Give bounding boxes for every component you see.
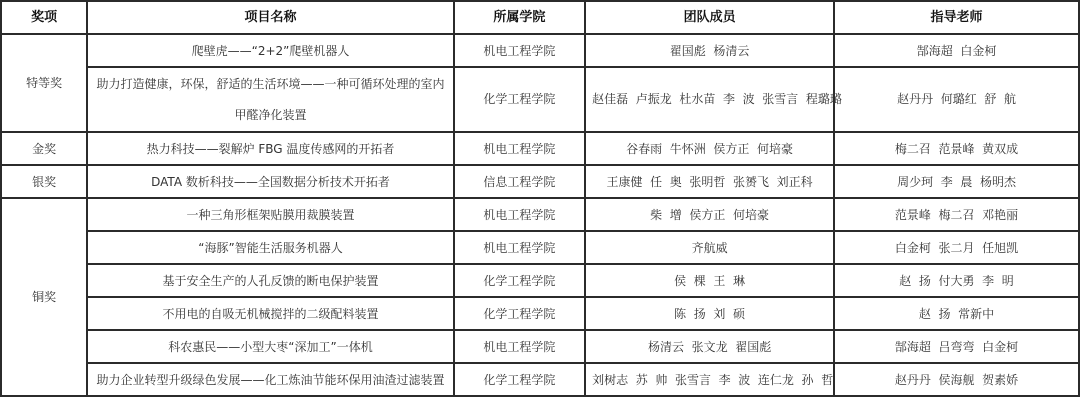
- project-cell: 爬壁虎——“2+2”爬壁机器人: [87, 34, 453, 67]
- advisors-cell: 白金柯 张二月 任旭凯: [834, 231, 1079, 264]
- college-cell: 机电工程学院: [454, 198, 585, 231]
- project-cell: “海豚”智能生活服务机器人: [87, 231, 453, 264]
- awards-table: 奖项 项目名称 所属学院 团队成员 指导老师 特等奖 爬壁虎——“2+2”爬壁机…: [0, 0, 1080, 397]
- table-row: 银奖 DATA 数析科技——全国数据分析技术开拓者 信息工程学院 王康健 任 奥…: [1, 165, 1079, 198]
- college-cell: 机电工程学院: [454, 231, 585, 264]
- advisors-cell: 赵丹丹 侯海舰 贺素娇: [834, 363, 1079, 396]
- project-cell: 助力打造健康，环保，舒适的生活环境——一种可循环处理的室内甲醛净化装置: [87, 67, 453, 132]
- project-cell: 热力科技——裂解炉 FBG 温度传感网的开拓者: [87, 132, 453, 165]
- project-cell: DATA 数析科技——全国数据分析技术开拓者: [87, 165, 453, 198]
- college-cell: 化学工程学院: [454, 67, 585, 132]
- members-cell: 王康健 任 奥 张明哲 张赟飞 刘正科: [585, 165, 834, 198]
- header-college: 所属学院: [454, 1, 585, 34]
- project-cell: 一种三角形框架贴膜用裁膜装置: [87, 198, 453, 231]
- members-cell: 陈 扬 刘 硕: [585, 297, 834, 330]
- college-cell: 信息工程学院: [454, 165, 585, 198]
- members-cell: 翟国彪 杨清云: [585, 34, 834, 67]
- members-cell: 谷春雨 牛怀洲 侯方正 何培豪: [585, 132, 834, 165]
- advisors-cell: 郜海超 吕弯弯 白金柯: [834, 330, 1079, 363]
- table-row: 特等奖 爬壁虎——“2+2”爬壁机器人 机电工程学院 翟国彪 杨清云 郜海超 白…: [1, 34, 1079, 67]
- award-cell: 特等奖: [1, 34, 87, 132]
- project-cell: 基于安全生产的人孔反馈的断电保护装置: [87, 264, 453, 297]
- college-cell: 机电工程学院: [454, 132, 585, 165]
- college-cell: 机电工程学院: [454, 330, 585, 363]
- header-advisors: 指导老师: [834, 1, 1079, 34]
- advisors-cell: 梅二召 范景峰 黄双成: [834, 132, 1079, 165]
- members-cell: 赵佳磊 卢振龙 杜水苗 李 波 张雪言 程璐璐: [585, 67, 834, 132]
- advisors-cell: 范景峰 梅二召 邓艳丽: [834, 198, 1079, 231]
- project-cell: 科农惠民——小型大枣“深加工”一体机: [87, 330, 453, 363]
- college-cell: 机电工程学院: [454, 34, 585, 67]
- project-cell: 助力企业转型升级绿色发展——化工炼油节能环保用油渣过滤装置: [87, 363, 453, 396]
- award-cell: 金奖: [1, 132, 87, 165]
- award-cell: 银奖: [1, 165, 87, 198]
- table-row: 科农惠民——小型大枣“深加工”一体机 机电工程学院 杨清云 张文龙 翟国彪 郜海…: [1, 330, 1079, 363]
- table-header-row: 奖项 项目名称 所属学院 团队成员 指导老师: [1, 1, 1079, 34]
- advisors-cell: 周少珂 李 晨 杨明杰: [834, 165, 1079, 198]
- college-cell: 化学工程学院: [454, 264, 585, 297]
- table-row: 铜奖 一种三角形框架贴膜用裁膜装置 机电工程学院 柴 增 侯方正 何培豪 范景峰…: [1, 198, 1079, 231]
- header-team-members: 团队成员: [585, 1, 834, 34]
- header-award: 奖项: [1, 1, 87, 34]
- table-row: 不用电的自吸无机械搅拌的二级配料装置 化学工程学院 陈 扬 刘 硕 赵 扬 常新…: [1, 297, 1079, 330]
- members-cell: 齐航威: [585, 231, 834, 264]
- header-project-name: 项目名称: [87, 1, 453, 34]
- table-row: “海豚”智能生活服务机器人 机电工程学院 齐航威 白金柯 张二月 任旭凯: [1, 231, 1079, 264]
- advisors-cell: 赵 扬 付大勇 李 明: [834, 264, 1079, 297]
- award-cell: 铜奖: [1, 198, 87, 396]
- table-row: 助力打造健康，环保，舒适的生活环境——一种可循环处理的室内甲醛净化装置 化学工程…: [1, 67, 1079, 132]
- table-row: 基于安全生产的人孔反馈的断电保护装置 化学工程学院 侯 棵 王 琳 赵 扬 付大…: [1, 264, 1079, 297]
- members-cell: 杨清云 张文龙 翟国彪: [585, 330, 834, 363]
- advisors-cell: 赵 扬 常新中: [834, 297, 1079, 330]
- college-cell: 化学工程学院: [454, 297, 585, 330]
- college-cell: 化学工程学院: [454, 363, 585, 396]
- members-cell: 柴 增 侯方正 何培豪: [585, 198, 834, 231]
- advisors-cell: 赵丹丹 何璐红 舒 航: [834, 67, 1079, 132]
- members-cell: 刘树志 苏 帅 张雪言 李 波 连仁龙 孙 哲: [585, 363, 834, 396]
- members-cell: 侯 棵 王 琳: [585, 264, 834, 297]
- advisors-cell: 郜海超 白金柯: [834, 34, 1079, 67]
- table-row: 助力企业转型升级绿色发展——化工炼油节能环保用油渣过滤装置 化学工程学院 刘树志…: [1, 363, 1079, 396]
- project-cell: 不用电的自吸无机械搅拌的二级配料装置: [87, 297, 453, 330]
- table-row: 金奖 热力科技——裂解炉 FBG 温度传感网的开拓者 机电工程学院 谷春雨 牛怀…: [1, 132, 1079, 165]
